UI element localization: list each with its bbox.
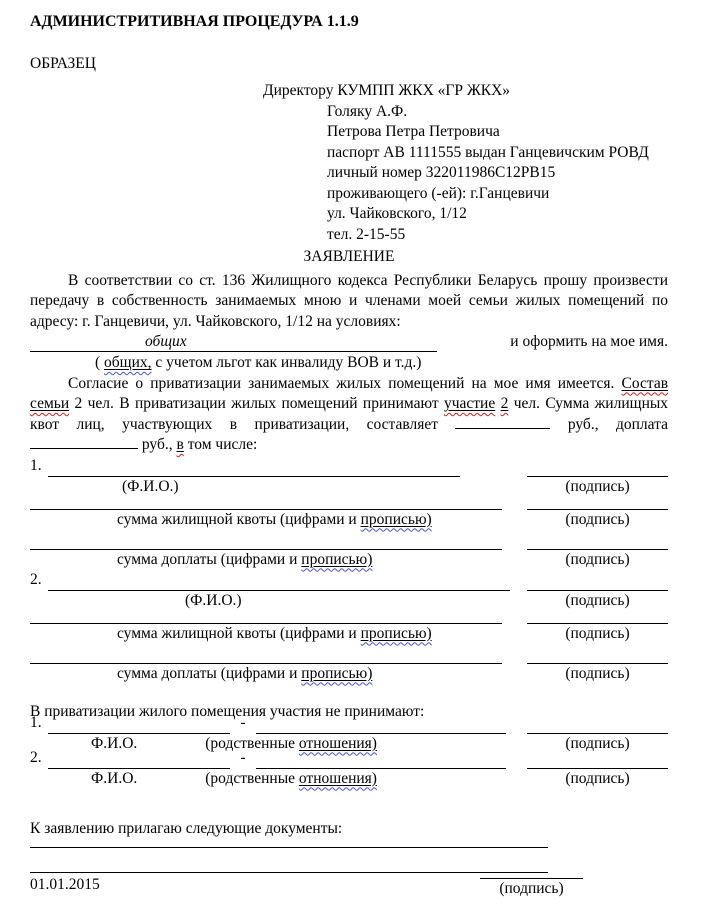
item-number: 1. [30, 713, 48, 734]
after-conditions-text: и оформить на мое имя. [510, 332, 668, 353]
sign-label: (подпись) [527, 510, 668, 531]
quota-label-row: сумма жилищной квоты (цифрами и прописью… [30, 624, 668, 644]
sign-label: (подпись) [527, 477, 668, 498]
relation-label: (родственные отношения) [205, 769, 377, 790]
sign-label: (подпись) [527, 664, 668, 685]
participate-unit: чел. [514, 395, 540, 412]
fio-label: Ф.И.О. [91, 734, 137, 755]
dash-separator: - [230, 748, 256, 769]
conditions-fill-line: общих и оформить на мое имя. [30, 332, 668, 353]
including-text: том числе: [188, 436, 258, 453]
conditions-blank: общих [30, 332, 437, 352]
non-participant-line-row: 1. - [30, 722, 668, 734]
fio-blank-line [48, 768, 230, 769]
participant-block-1: 1. (Ф.И.О.) (подпись) сумма жилищной кво… [30, 456, 668, 570]
recipient-line: Петрова Петра Петровича [327, 122, 668, 143]
surcharge-label: сумма доплаты (цифрами и прописью) [117, 550, 372, 571]
fio-label-row: (Ф.И.О.) (подпись) [30, 477, 668, 497]
consent-text: Согласие о приватизации занимаемых жилых… [68, 375, 614, 392]
recipient-line: личный номер 322011986С12РВ15 [327, 163, 668, 184]
sign-label: (подпись) [527, 550, 668, 571]
family-unit: чел. [88, 395, 114, 412]
quota-label-row: сумма жилищной квоты (цифрами и прописью… [30, 510, 668, 530]
footer-signature: (подпись) [480, 875, 583, 900]
paragraph-consent: Согласие о приватизации занимаемых жилых… [30, 374, 668, 456]
item-number: 2. [30, 748, 48, 769]
surcharge-blank [30, 435, 138, 449]
surcharge-label: сумма доплаты (цифрами и прописью) [117, 664, 372, 685]
fio-blank-line [48, 590, 510, 591]
recipient-line: ул. Чайковского, 1/12 [327, 204, 668, 225]
hint-rest: с учетом льгот как инвалиду ВОВ и т.д.) [155, 354, 421, 371]
quota-line-row [30, 611, 668, 624]
quota-label: сумма жилищной квоты (цифрами и прописью… [117, 624, 432, 645]
quota-label: сумма жилищной квоты (цифрами и прописью… [117, 510, 432, 531]
participate-count-value: 2 [501, 395, 509, 412]
surcharge-text: доплата [616, 416, 668, 433]
quota-sum-blank [455, 415, 550, 429]
recipient-line: проживающего (-ей): г.Ганцевичи [327, 184, 668, 205]
participant-block-2: 2. (Ф.И.О.) (подпись) сумма жилищной кво… [30, 570, 668, 684]
surcharge-label-row: сумма доплаты (цифрами и прописью) (подп… [30, 664, 668, 684]
recipient-line: тел. 2-15-55 [327, 225, 668, 246]
footer-row: 01.01.2015 (подпись) [30, 875, 668, 900]
non-participant-line-row: 2. - [30, 754, 668, 769]
rub-label: руб., [568, 416, 599, 433]
participate-label-underlined: участие [444, 395, 495, 412]
fio-label-row: (Ф.И.О.) (подпись) [30, 591, 668, 611]
fio-blank-line [48, 733, 230, 734]
sign-label: (подпись) [527, 624, 668, 645]
hint-open-paren: ( [95, 354, 100, 371]
non-participant-label-row: Ф.И.О. (родственные отношения) (подпись) [30, 734, 668, 754]
in-word-underlined: в [176, 436, 183, 453]
statement-heading: ЗАЯВЛЕНИЕ [30, 247, 668, 268]
surcharge-line-row [30, 644, 668, 664]
fio-label: Ф.И.О. [91, 769, 137, 790]
family-count-value: 2 [74, 395, 82, 412]
conditions-hint: ( общих, с учетом льгот как инвалиду ВОВ… [95, 353, 668, 374]
item-number: 1. [30, 456, 48, 477]
surcharge-line-row [30, 530, 668, 550]
quota-line-row [30, 497, 668, 510]
rub-label: руб., [142, 436, 173, 453]
item-number: 2. [30, 570, 48, 591]
attachment-blank-line [30, 839, 548, 848]
date-value: 01.01.2015 [30, 875, 100, 896]
paragraph-request: В соответствии со ст. 136 Жилищного коде… [30, 271, 668, 333]
fio-label: (Ф.И.О.) [122, 477, 179, 498]
dash-separator: - [230, 713, 256, 734]
non-participation-heading: В приватизации жилого помещения участия … [30, 702, 668, 722]
attachment-blank-line [30, 848, 548, 873]
attachments-label: К заявлению прилагаю следующие документы… [30, 819, 668, 839]
sign-label: (подпись) [480, 879, 583, 900]
recipient-line: Голяку А.Ф. [327, 102, 668, 123]
recipient-line: паспорт АВ 1111555 выдан Ганцевичским РО… [327, 143, 668, 164]
participation-text: В приватизации жилых помещений принимают [119, 395, 438, 412]
sample-label: ОБРАЗЕЦ [30, 54, 668, 75]
sign-label: (подпись) [527, 734, 668, 755]
document-title: АДМИНИСТРИТИВНАЯ ПРОЦЕДУРА 1.1.9 [30, 12, 668, 33]
fio-line-row: 1. [30, 456, 668, 477]
recipient-block: Директору КУМПП ЖКХ «ГР ЖКХ» Голяку А.Ф.… [263, 81, 668, 245]
document-page: АДМИНИСТРИТИВНАЯ ПРОЦЕДУРА 1.1.9 ОБРАЗЕЦ… [0, 0, 702, 909]
hint-word-underlined: общих, [104, 354, 152, 371]
recipient-line: Директору КУМПП ЖКХ «ГР ЖКХ» [263, 81, 668, 102]
non-participant-label-row: Ф.И.О. (родственные отношения) (подпись) [30, 769, 668, 789]
fio-blank-line [48, 476, 460, 477]
fio-label: (Ф.И.О.) [185, 591, 242, 612]
sign-label: (подпись) [527, 591, 668, 612]
fio-line-row: 2. [30, 570, 668, 591]
surcharge-label-row: сумма доплаты (цифрами и прописью) (подп… [30, 550, 668, 570]
sign-label: (подпись) [527, 769, 668, 790]
